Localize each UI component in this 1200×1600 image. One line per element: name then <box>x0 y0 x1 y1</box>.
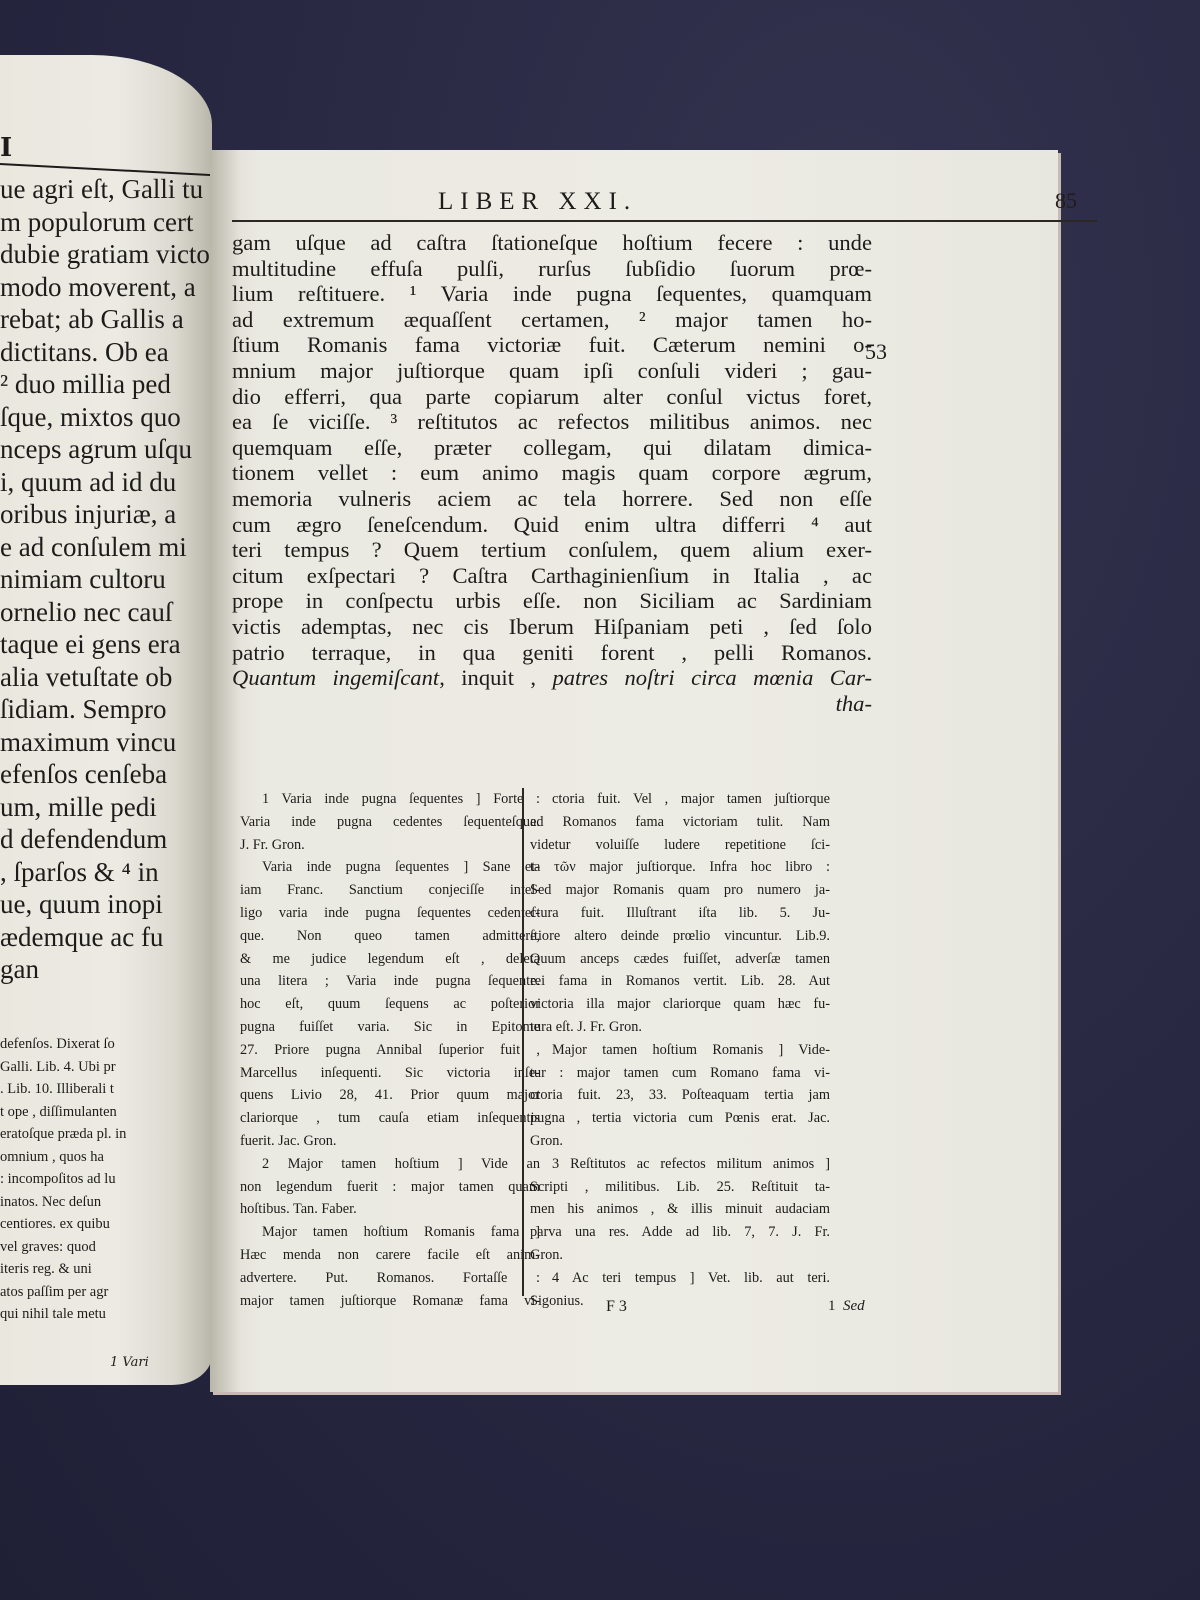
body-line: ea ſe viciſſe. ³ reſtitutos ac refectos … <box>232 409 872 435</box>
body-line: mnium major juſtiorque quam ipſi conſuli… <box>232 358 872 384</box>
text-line: maximum vincu <box>0 726 212 759</box>
footnote-line: Sed major Romanis quam pro numero ja- <box>530 879 830 902</box>
text-line: modo moverent, a <box>0 271 212 304</box>
footnote-line: pugna fuiſſet varia. Sic in Epitome <box>240 1016 540 1039</box>
body-line: teri tempus ? Quem tertium conſulem, que… <box>232 537 872 563</box>
text-line: : incompoſitos ad lu <box>0 1168 212 1191</box>
text-line: ædemque ac fu <box>0 921 212 954</box>
footnote-line: Quum anceps cædes fuiſſet, adverſæ tamen <box>530 948 830 971</box>
text-line: ² duo millia ped <box>0 368 212 401</box>
column-divider <box>522 788 524 1296</box>
text-line: qui nihil tale metu <box>0 1303 212 1326</box>
footnote-line: Marcellus inſequenti. Sic victoria inſe- <box>240 1062 540 1085</box>
footnote-line: men his animos , & illis minuit audaciam <box>530 1198 830 1221</box>
footnote-line: rei fama in Romanos vertit. Lib. 28. Aut <box>530 970 830 993</box>
text-line: ſidiam. Sempro <box>0 693 212 726</box>
text-line: um, mille pedi <box>0 791 212 824</box>
footnote-line: ctura fuit. Illuſtrant iſta lib. 5. Ju- <box>530 902 830 925</box>
main-text: gam uſque ad caſtra ſtationeſque hoſtium… <box>232 230 872 716</box>
page-header: LIBER XXI. 85 <box>230 188 1085 218</box>
right-page: LIBER XXI. 85 gam uſque ad caſtra ſtatio… <box>210 150 1058 1392</box>
body-line: dio efferri, qua parte copiarum alter co… <box>232 384 872 410</box>
body-line: ad extremum æquaſſent certamen, ² major … <box>232 307 872 333</box>
body-line: gam uſque ad caſtra ſtationeſque hoſtium… <box>232 230 872 256</box>
body-line: multitudine effuſa pulſi, rurſus ſubſidi… <box>232 256 872 282</box>
text-line: Galli. Lib. 4. Ubi pr <box>0 1056 212 1079</box>
text-line: iteris reg. & uni <box>0 1258 212 1281</box>
text-line: inatos. Nec deſun <box>0 1191 212 1214</box>
footnote-line: Scripti , militibus. Lib. 25. Reſtituit … <box>530 1176 830 1199</box>
footnote-line: quens Livio 28, 41. Prior quum major <box>240 1084 540 1107</box>
text-line: dubie gratiam victo <box>0 238 212 271</box>
body-line: lium reſtituere. ¹ Varia inde pugna ſequ… <box>232 281 872 307</box>
text-line: i, quum ad id du <box>0 466 212 499</box>
footnote-line: victoria illa major clariorque quam hæc … <box>530 993 830 1016</box>
footnote-line: 2 Major tamen hoſtium ] Vide an <box>240 1153 540 1176</box>
footnote-line: advertere. Put. Romanos. Fortaſſe : <box>240 1267 540 1290</box>
text-line: omnium , quos ha <box>0 1146 212 1169</box>
footnote-line: & me judice legendum eſt , deleta <box>240 948 540 971</box>
footnote-line: 4 Ac teri tempus ] Vet. lib. aut teri. <box>530 1267 830 1290</box>
footnote-line: Major tamen hoſtium Romanis ] Vide- <box>530 1039 830 1062</box>
footnote-line: Gron. <box>530 1130 830 1153</box>
body-line: patrio terraque, in qua geniti forent , … <box>232 640 872 666</box>
text-line: nimiam cultoru <box>0 563 212 596</box>
text-line: ue agri eſt, Galli tu <box>0 173 212 206</box>
footnote-line: ſtiore altero deinde prœlio vincuntur. L… <box>530 925 830 948</box>
text-line: centiores. ex quibu <box>0 1213 212 1236</box>
signature-mark: F 3 <box>606 1298 627 1316</box>
footnote-line: hoſtibus. Tan. Faber. <box>240 1198 540 1221</box>
margin-annotation: 53 <box>865 339 887 365</box>
footnote-line: ligo varia inde pugna ſequentes cedenteſ… <box>240 902 540 925</box>
text-line: ornelio nec cauſ <box>0 596 212 629</box>
footnote-line: Major tamen hoſtium Romanis fama ] <box>240 1221 540 1244</box>
text-line: gan <box>0 953 212 986</box>
header-rule <box>232 220 1097 222</box>
left-catchword: 1 Vari <box>110 1355 149 1370</box>
footnote-line: clariorque , tum cauſa etiam inſequentis <box>240 1107 540 1130</box>
text-line: taque ei gens era <box>0 628 212 661</box>
footnote-line: pugna , tertia victoria cum Pœnis erat. … <box>530 1107 830 1130</box>
footnote-line: 27. Priore pugna Annibal ſuperior fuit , <box>240 1039 540 1062</box>
footnote-line: ctoria fuit. Vel , major tamen juſtiorqu… <box>530 788 830 811</box>
left-page: I ue agri eſt, Galli tum populorum certd… <box>0 55 212 1385</box>
text-line: ue, quum inopi <box>0 888 212 921</box>
body-line: quemquam eſſe, præter collegam, qui dila… <box>232 435 872 461</box>
footnote-line: que. Non queo tamen admittere, <box>240 925 540 948</box>
footnote-line: fuerit. Jac. Gron. <box>240 1130 540 1153</box>
body-line: tionem vellet : eum animo magis quam cor… <box>232 460 872 486</box>
footnote-line: Hæc menda non carere facile eſt anim- <box>240 1244 540 1267</box>
footnote-line: ta τῶν major juſtiorque. Infra hoc libro… <box>530 856 830 879</box>
left-notes-text: defenſos. Dixerat ſoGalli. Lib. 4. Ubi p… <box>0 1033 212 1326</box>
footnote-line: iam Franc. Sanctium conjeciſſe intel- <box>240 879 540 902</box>
text-line: m populorum cert <box>0 206 212 239</box>
text-line: rebat; ab Gallis a <box>0 303 212 336</box>
body-line: prope in conſpectu urbis eſſe. non Sicil… <box>232 588 872 614</box>
footnote-line: tura eſt. J. Fr. Gron. <box>530 1016 830 1039</box>
text-line: d defendendum <box>0 823 212 856</box>
left-body-text: ue agri eſt, Galli tum populorum certdub… <box>0 173 212 986</box>
body-line: cum ægro ſeneſcendum. Quid enim ultra di… <box>232 512 872 538</box>
italic-quote-line: Quantum ingemiſcant, inquit , patres noſ… <box>232 665 872 691</box>
footnote-line: tur : major tamen cum Romano fama vi- <box>530 1062 830 1085</box>
body-line: ſtium Romanis fama victoriæ fuit. Cæteru… <box>232 332 872 358</box>
text-line: efenſos cenſeba <box>0 758 212 791</box>
footnote-line: 1 Varia inde pugna ſequentes ] Forte : <box>240 788 540 811</box>
text-line: . Lib. 10. Illiberali t <box>0 1078 212 1101</box>
body-line: citum exſpectari ? Caſtra Carthaginienſi… <box>232 563 872 589</box>
footnote-line: Varia inde pugna cedentes ſequenteſque. <box>240 811 540 834</box>
footnote-line: parva una res. Adde ad lib. 7, 7. J. Fr. <box>530 1221 830 1244</box>
text-line: e ad conſulem mi <box>0 531 212 564</box>
text-line: atos paſſim per agr <box>0 1281 212 1304</box>
footnote-line: hoc eſt, quum ſequens ac poſterior <box>240 993 540 1016</box>
footnote-line: ad Romanos fama victoriam tulit. Nam <box>530 811 830 834</box>
footnote-line: videtur voluiſſe ludere repetitione ſci- <box>530 834 830 857</box>
footnotes-left-column: 1 Varia inde pugna ſequentes ] Forte :Va… <box>240 788 540 1312</box>
page-number: 85 <box>1055 188 1077 214</box>
footnote-line: J. Fr. Gron. <box>240 834 540 857</box>
footnote-line: Varia inde pugna ſequentes ] Sane et- <box>240 856 540 879</box>
text-line: eratoſque præda pl. in <box>0 1123 212 1146</box>
text-line: vel graves: quod <box>0 1236 212 1259</box>
catchword: 1 Sed <box>828 1298 865 1315</box>
text-line: ſque, mixtos quo <box>0 401 212 434</box>
running-head-title: LIBER XXI. <box>438 188 637 216</box>
footnote-line: Sigonius. <box>530 1290 830 1313</box>
footnote-line: major tamen juſtiorque Romanæ fama vi- <box>240 1290 540 1313</box>
footnote-line: una litera ; Varia inde pugna ſequente. <box>240 970 540 993</box>
last-word-line: tha- <box>232 691 872 717</box>
text-line: , ſparſos & ⁴ in <box>0 856 212 889</box>
text-line: nceps agrum uſqu <box>0 433 212 466</box>
text-line: alia vetuſtate ob <box>0 661 212 694</box>
footnote-line: 3 Reſtitutos ac refectos militum animos … <box>530 1153 830 1176</box>
footnote-line: Gron. <box>530 1244 830 1267</box>
text-line: oribus injuriæ, a <box>0 498 212 531</box>
body-line: memoria vulneris aciem ac tela horrere. … <box>232 486 872 512</box>
left-running-head: I <box>0 133 12 163</box>
footnotes-right-column: ctoria fuit. Vel , major tamen juſtiorqu… <box>530 788 830 1312</box>
text-line: t ope , diſſimulanten <box>0 1101 212 1124</box>
body-line: victis ademptas, nec cis Iberum Hiſpania… <box>232 614 872 640</box>
footnote-line: non legendum fuerit : major tamen quam <box>240 1176 540 1199</box>
text-line: dictitans. Ob ea <box>0 336 212 369</box>
text-line: defenſos. Dixerat ſo <box>0 1033 212 1056</box>
footnote-line: ctoria fuit. 23, 33. Poſteaquam tertia j… <box>530 1084 830 1107</box>
